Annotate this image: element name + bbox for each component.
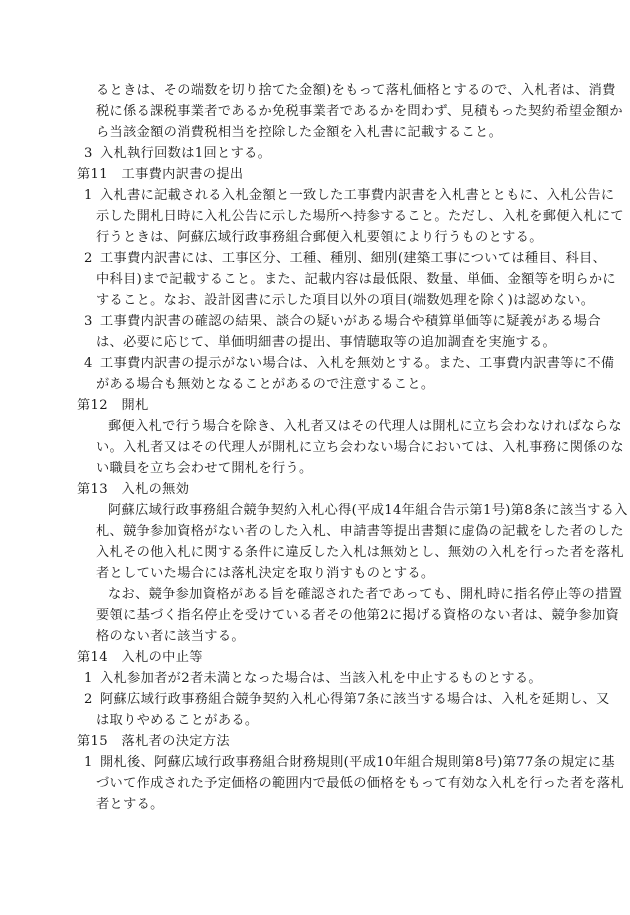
- list-item: 1入札書に記載される入札金額と一致した工事費内訳書を入札書とともに、入札公告に: [84, 185, 614, 206]
- item-text: 開札後、阿蘇広域行政事務組合財務規則(平成10年組合規則第8号)第77条の規定に…: [100, 755, 615, 770]
- text-line: 札、競争参加資格がない者のした入札、申請書等提出書類に虚偽の記載をした者のした: [96, 521, 624, 542]
- item-number: 1: [84, 752, 100, 773]
- item-text: 工事費内訳書の提示がない場合は、入札を無効とする。また、工事費内訳書等に不備: [100, 356, 614, 371]
- list-item: 3工事費内訳書の確認の結果、談合の疑いがある場合や積算単価等に疑義がある場合: [84, 311, 601, 332]
- section-heading: 第13 入札の無効: [77, 479, 189, 500]
- item-text: 入札執行回数は1回とする。: [100, 146, 271, 161]
- text-line: るときは、その端数を切り捨てた金額)をもって落札価格とするので、入札者は、消費: [96, 80, 616, 101]
- text-line: い職員を立ち会わせて開札を行う。: [96, 458, 313, 479]
- list-item: 3入札執行回数は1回とする。: [84, 143, 271, 164]
- text-line: 中科目)まで記載すること。また、記載内容は最低限、数量、単価、金額等を明らかに: [96, 269, 616, 290]
- text-line: がある場合も無効となることがあるので注意すること。: [96, 374, 434, 395]
- section-heading: 第12 開札: [77, 395, 149, 416]
- item-text: 工事費内訳書の確認の結果、談合の疑いがある場合や積算単価等に疑義がある場合: [100, 314, 601, 329]
- text-line: 者としていた場合には落札決定を取り消すものとする。: [96, 563, 434, 584]
- text-line: は、必要に応じて、単価明細書の提出、事情聴取等の追加調査を実施する。: [96, 332, 556, 353]
- list-item: 1開札後、阿蘇広域行政事務組合財務規則(平成10年組合規則第8号)第77条の規定…: [84, 752, 615, 773]
- text-line: い。入札者又はその代理人が開札に立ち会わない場合においては、入札事務に関係のな: [96, 437, 624, 458]
- item-text: 阿蘇広域行政事務組合競争契約入札心得第7条に該当する場合は、入札を延期し、又: [100, 692, 610, 707]
- paragraph-start: 阿蘇広域行政事務組合競争契約入札心得(平成14年組合告示第1号)第8条に該当する…: [108, 500, 628, 521]
- text-line: 税に係る課税事業者であるか免税事業者であるかを問わず、見積もった契約希望金額か: [96, 101, 623, 122]
- item-number: 1: [84, 668, 100, 689]
- item-number: 3: [84, 143, 100, 164]
- list-item: 1入札参加者が2者未満となった場合は、当該入札を中止するものとする。: [84, 668, 542, 689]
- text-line: 示した開札日時に入札公告に示した場所へ持参すること。ただし、入札を郵便入札にて: [96, 206, 624, 227]
- text-line: づいて作成された予定価格の範囲内で最低の価格をもって有効な入札を行った者を落札: [96, 773, 624, 794]
- item-text: 入札書に記載される入札金額と一致した工事費内訳書を入札書とともに、入札公告に: [100, 188, 614, 203]
- item-number: 1: [84, 185, 100, 206]
- text-line: 格のない者に該当する。: [96, 626, 245, 647]
- section-heading: 第14 入札の中止等: [77, 647, 203, 668]
- text-line: 入札その他入札に関する条件に違反した入札は無効とし、無効の入札を行った者を落札: [96, 542, 624, 563]
- text-line: ら当該金額の消費税相当を控除した金額を入札書に記載すること。: [96, 122, 502, 143]
- text-line: 要領に基づく指名停止を受けている者その他第2に掲げる資格のない者は、競争参加資: [96, 605, 619, 626]
- document-page: るときは、その端数を切り捨てた金額)をもって落札価格とするので、入札者は、消費 …: [0, 0, 630, 915]
- section-heading: 第11 工事費内訳書の提出: [77, 164, 243, 185]
- paragraph-start: 郵便入札で行う場合を除き、入札者又はその代理人は開札に立ち会わなければならな: [108, 416, 622, 437]
- text-line: すること。なお、設計図書に示した項目以外の項目(端数処理を除く)は認めない。: [96, 290, 594, 311]
- item-number: 2: [84, 248, 100, 269]
- text-line: 行うときは、阿蘇広域行政事務組合郵便入札要領により行うものとする。: [96, 227, 543, 248]
- text-line: は取りやめることがある。: [96, 710, 258, 731]
- item-text: 入札参加者が2者未満となった場合は、当該入札を中止するものとする。: [100, 671, 542, 686]
- list-item: 2阿蘇広域行政事務組合競争契約入札心得第7条に該当する場合は、入札を延期し、又: [84, 689, 610, 710]
- item-number: 2: [84, 689, 100, 710]
- item-text: 工事費内訳書には、工事区分、工種、種別、細別(建築工事については種目、科目、: [100, 251, 606, 266]
- list-item: 4工事費内訳書の提示がない場合は、入札を無効とする。また、工事費内訳書等に不備: [84, 353, 614, 374]
- text-line: 者とする。: [96, 794, 164, 815]
- section-heading: 第15 落札者の決定方法: [77, 731, 230, 752]
- item-number: 4: [84, 353, 100, 374]
- item-number: 3: [84, 311, 100, 332]
- paragraph-start: なお、競争参加資格がある旨を確認された者であっても、開札時に指名停止等の措置: [108, 584, 622, 605]
- list-item: 2工事費内訳書には、工事区分、工種、種別、細別(建築工事については種目、科目、: [84, 248, 606, 269]
